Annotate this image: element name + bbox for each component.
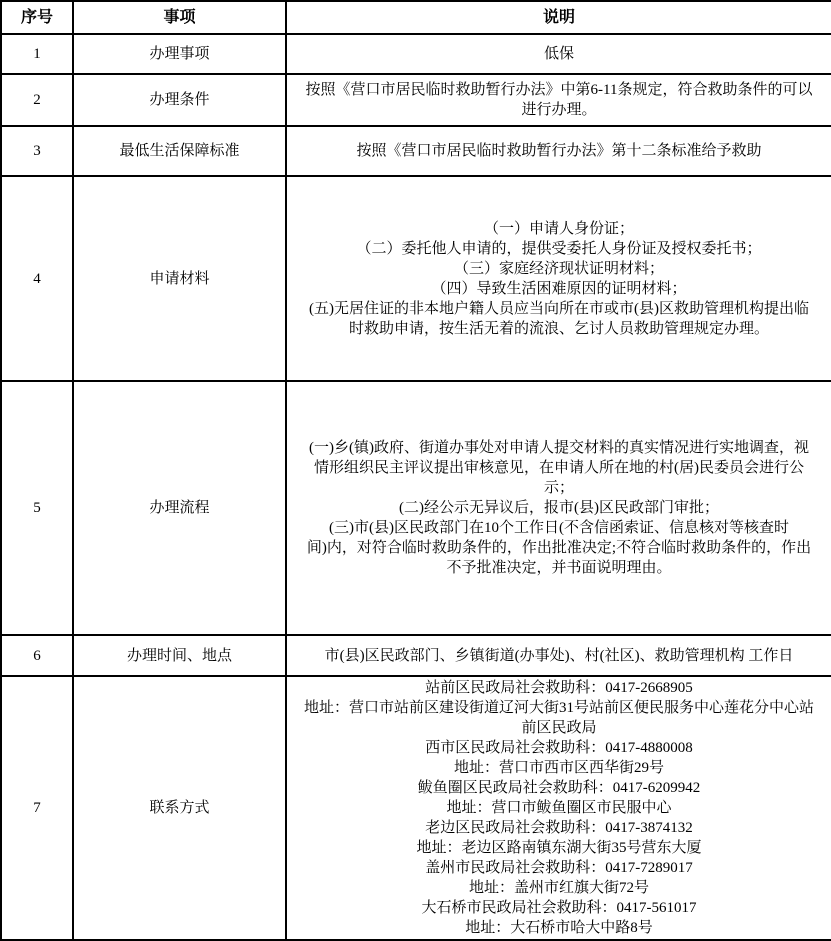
procedure-info-table: 序号 事项 说明 1 办理事项 低保 2 办理条件 按照《营口市居民临时救助暂行… [0,0,831,941]
seq-number-cell: 1 [1,34,73,74]
description-cell: 按照《营口市居民临时救助暂行办法》第十二条标准给予救助 [286,126,831,176]
description-cell: （一）申请人身份证； （二）委托他人申请的，提供受委托人身份证及授权委托书； （… [286,176,831,381]
seq-number-cell: 5 [1,381,73,635]
description-cell: 站前区民政局社会救助科：0417-2668905 地址：营口市站前区建设街道辽河… [286,676,831,940]
seq-number-cell: 4 [1,176,73,381]
header-seq-number: 序号 [1,1,73,34]
seq-number-cell: 3 [1,126,73,176]
document-page: 序号 事项 说明 1 办理事项 低保 2 办理条件 按照《营口市居民临时救助暂行… [0,0,831,941]
item-cell: 最低生活保障标准 [73,126,286,176]
seq-number-cell: 6 [1,635,73,676]
item-cell: 办理条件 [73,74,286,126]
item-cell: 申请材料 [73,176,286,381]
description-cell: 市(县)区民政部门、乡镇街道(办事处)、村(社区)、救助管理机构 工作日 [286,635,831,676]
table-row: 2 办理条件 按照《营口市居民临时救助暂行办法》中第6-11条规定，符合救助条件… [1,74,831,126]
item-cell: 联系方式 [73,676,286,940]
table-row: 1 办理事项 低保 [1,34,831,74]
item-cell: 办理时间、地点 [73,635,286,676]
seq-number-cell: 2 [1,74,73,126]
item-cell: 办理事项 [73,34,286,74]
header-item: 事项 [73,1,286,34]
table-row: 7 联系方式 站前区民政局社会救助科：0417-2668905 地址：营口市站前… [1,676,831,940]
table-row: 6 办理时间、地点 市(县)区民政部门、乡镇街道(办事处)、村(社区)、救助管理… [1,635,831,676]
seq-number-cell: 7 [1,676,73,940]
table-header-row: 序号 事项 说明 [1,1,831,34]
description-cell: (一)乡(镇)政府、街道办事处对申请人提交材料的真实情况进行实地调查，视 情形组… [286,381,831,635]
table-row: 3 最低生活保障标准 按照《营口市居民临时救助暂行办法》第十二条标准给予救助 [1,126,831,176]
header-description: 说明 [286,1,831,34]
description-cell: 低保 [286,34,831,74]
item-cell: 办理流程 [73,381,286,635]
table-row: 5 办理流程 (一)乡(镇)政府、街道办事处对申请人提交材料的真实情况进行实地调… [1,381,831,635]
description-cell: 按照《营口市居民临时救助暂行办法》中第6-11条规定，符合救助条件的可以 进行办… [286,74,831,126]
table-row: 4 申请材料 （一）申请人身份证； （二）委托他人申请的，提供受委托人身份证及授… [1,176,831,381]
